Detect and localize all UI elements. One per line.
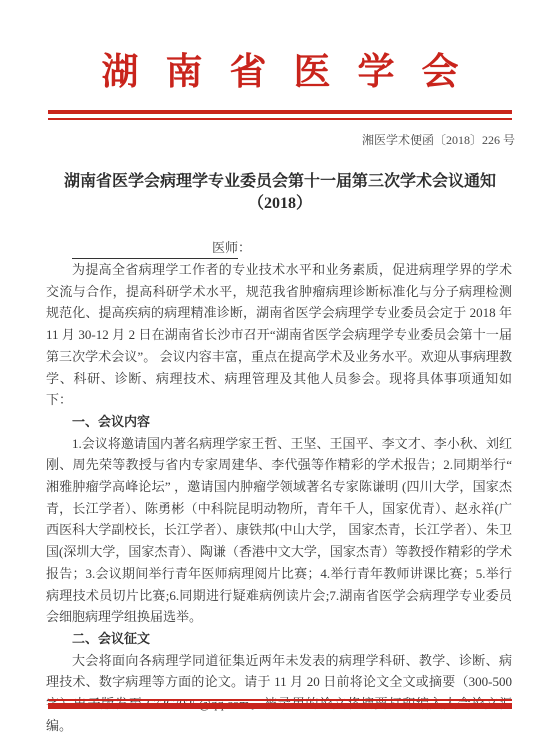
salutation-colon: ： — [238, 240, 251, 255]
section-2-paragraph: 大会将面向各病理学同道征集近两年未发表的病理学科研、教学、诊断、病理技术、数字病… — [46, 650, 512, 737]
organization-name: 湖南省医学会 — [0, 0, 560, 92]
section-1-paragraph: 1.会议将邀请国内著名病理学家王哲、王坚、王国平、李文才、李小秋、刘红刚、周先荣… — [46, 433, 512, 628]
footer-rule-thick — [48, 703, 512, 709]
document-body: 医师： 为提高全省病理学工作者的专业技术水平和业务素质，促进病理学界的学术交流与… — [46, 237, 512, 736]
recipient-name-blank — [98, 251, 212, 252]
salutation-line: 医师： — [46, 237, 512, 259]
section-2-heading: 二、会议征文 — [46, 628, 512, 650]
intro-paragraph: 为提高全省病理学工作者的专业技术水平和业务素质，促进病理学界的学术交流与合作，提… — [46, 259, 512, 411]
document-page: 湖南省医学会 湘医学术便函〔2018〕226 号 湖南省医学会病理学专业委员会第… — [0, 0, 560, 738]
document-reference-number: 湘医学术便函〔2018〕226 号 — [48, 132, 515, 148]
footer-double-rule — [48, 699, 512, 709]
recipient-label: 医师 — [212, 240, 238, 255]
document-title-line2: （2018） — [0, 193, 560, 215]
section-1-heading: 一、会议内容 — [46, 411, 512, 433]
document-title: 湖南省医学会病理学专业委员会第十一届第三次学术会议通知 （2018） — [0, 171, 560, 215]
document-title-line1: 湖南省医学会病理学专业委员会第十一届第三次学术会议通知 — [0, 171, 560, 193]
recipient-underline: 医师 — [72, 238, 238, 259]
header-double-rule — [48, 110, 512, 120]
header-rule-thin — [48, 118, 512, 120]
